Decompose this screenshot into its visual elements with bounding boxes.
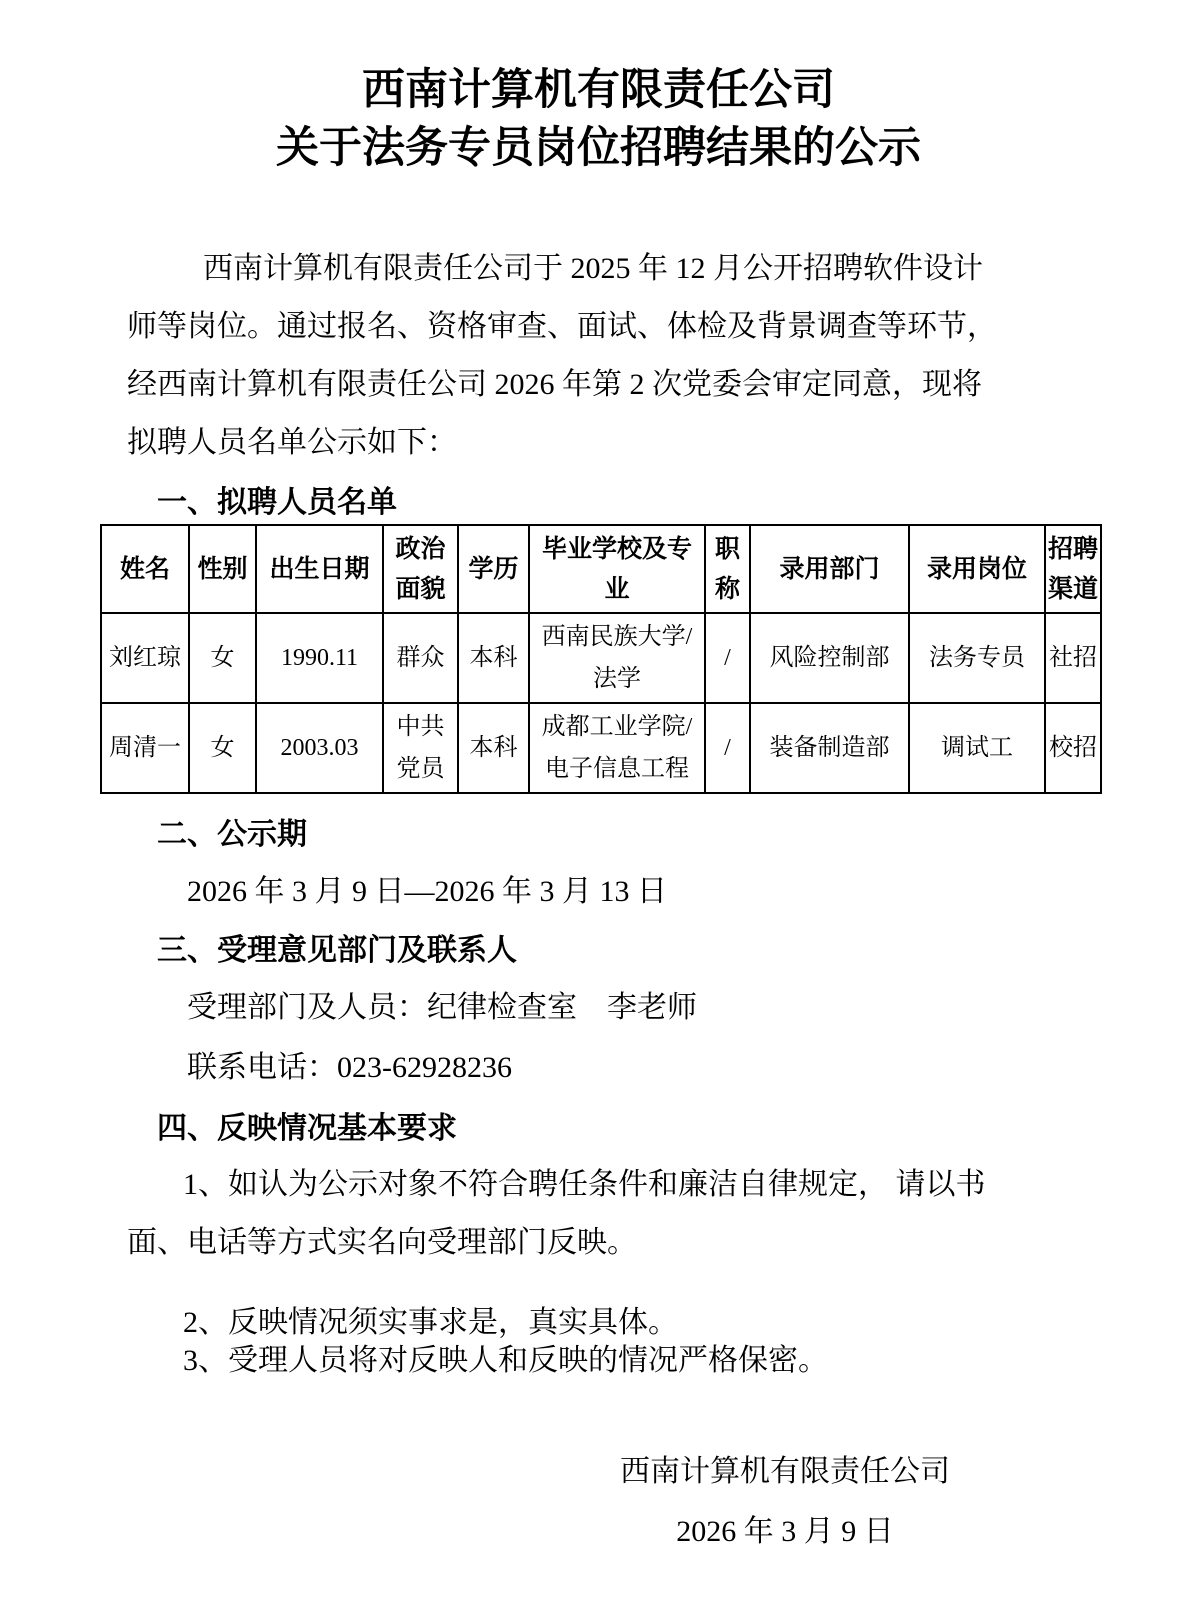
cell-name: 刘红琼 [101, 613, 189, 703]
signature-block: 西南计算机有限责任公司 2026 年 3 月 9 日 [450, 1450, 1120, 1554]
cell-political-status: 群众 [383, 613, 458, 703]
cell-birth-date: 1990.11 [256, 613, 383, 703]
intro-paragraph: 西南计算机有限责任公司于 2025 年 12 月公开招聘软件设计 师等岗位。通过… [127, 240, 1097, 472]
cell-education: 本科 [458, 703, 529, 793]
table-row: 刘红琼 女 1990.11 群众 本科 西南民族大学/ 法学 / 风险控制部 法… [101, 613, 1101, 703]
requirement-item-1: 1、如认为公示对象不符合聘任条件和廉洁自律规定， 请以书 面、电话等方式实名向受… [127, 1156, 1097, 1272]
header-school-major: 毕业学校及专业 [529, 525, 705, 613]
header-recruitment-channel: 招聘 渠道 [1045, 525, 1101, 613]
cell-job-title: / [705, 703, 750, 793]
publicity-period-text: 2026 年 3 月 9 日—2026 年 3 月 13 日 [187, 870, 1097, 914]
contact-phone-line: 联系电话：023-62928236 [187, 1046, 1097, 1090]
header-name: 姓名 [101, 525, 189, 613]
cell-gender: 女 [189, 613, 256, 703]
contact-department-line: 受理部门及人员：纪律检查室 李老师 [187, 986, 1097, 1030]
page-title-line-1: 西南计算机有限责任公司 [0, 62, 1197, 120]
header-gender: 性别 [189, 525, 256, 613]
section-heading-contact: 三、受理意见部门及联系人 [157, 932, 1197, 970]
cell-recruitment-channel: 社招 [1045, 613, 1101, 703]
section-heading-candidate-list: 一、拟聘人员名单 [157, 484, 1197, 522]
requirement-item-2: 2、反映情况须实事求是，真实具体。 [127, 1304, 1097, 1342]
section-heading-publicity-period: 二、公示期 [157, 816, 1197, 854]
cell-hiring-department: 风险控制部 [750, 613, 909, 703]
section-heading-requirements: 四、反映情况基本要求 [157, 1110, 1197, 1148]
header-hiring-position: 录用岗位 [909, 525, 1045, 613]
cell-hiring-position: 法务专员 [909, 613, 1045, 703]
cell-gender: 女 [189, 703, 256, 793]
candidate-table: 姓名 性别 出生日期 政治 面貌 学历 毕业学校及专业 职 称 录用部门 录用岗… [100, 524, 1102, 794]
page-title-line-2: 关于法务专员岗位招聘结果的公示 [0, 120, 1197, 178]
header-hiring-department: 录用部门 [750, 525, 909, 613]
signature-date: 2026 年 3 月 9 日 [450, 1510, 1120, 1554]
cell-hiring-position: 调试工 [909, 703, 1045, 793]
header-birth-date: 出生日期 [256, 525, 383, 613]
cell-political-status: 中共 党员 [383, 703, 458, 793]
page-title: 西南计算机有限责任公司 关于法务专员岗位招聘结果的公示 [0, 62, 1197, 178]
cell-name: 周清一 [101, 703, 189, 793]
header-job-title: 职 称 [705, 525, 750, 613]
table-row: 周清一 女 2003.03 中共 党员 本科 成都工业学院/ 电子信息工程 / … [101, 703, 1101, 793]
cell-birth-date: 2003.03 [256, 703, 383, 793]
cell-school-major: 成都工业学院/ 电子信息工程 [529, 703, 705, 793]
header-education: 学历 [458, 525, 529, 613]
cell-education: 本科 [458, 613, 529, 703]
table-header-row: 姓名 性别 出生日期 政治 面貌 学历 毕业学校及专业 职 称 录用部门 录用岗… [101, 525, 1101, 613]
cell-school-major: 西南民族大学/ 法学 [529, 613, 705, 703]
cell-recruitment-channel: 校招 [1045, 703, 1101, 793]
requirement-item-3: 3、受理人员将对反映人和反映的情况严格保密。 [127, 1342, 1097, 1380]
document-page: 西南计算机有限责任公司 关于法务专员岗位招聘结果的公示 西南计算机有限责任公司于… [0, 0, 1197, 1600]
cell-hiring-department: 装备制造部 [750, 703, 909, 793]
cell-job-title: / [705, 613, 750, 703]
header-political-status: 政治 面貌 [383, 525, 458, 613]
signature-company: 西南计算机有限责任公司 [450, 1450, 1120, 1494]
